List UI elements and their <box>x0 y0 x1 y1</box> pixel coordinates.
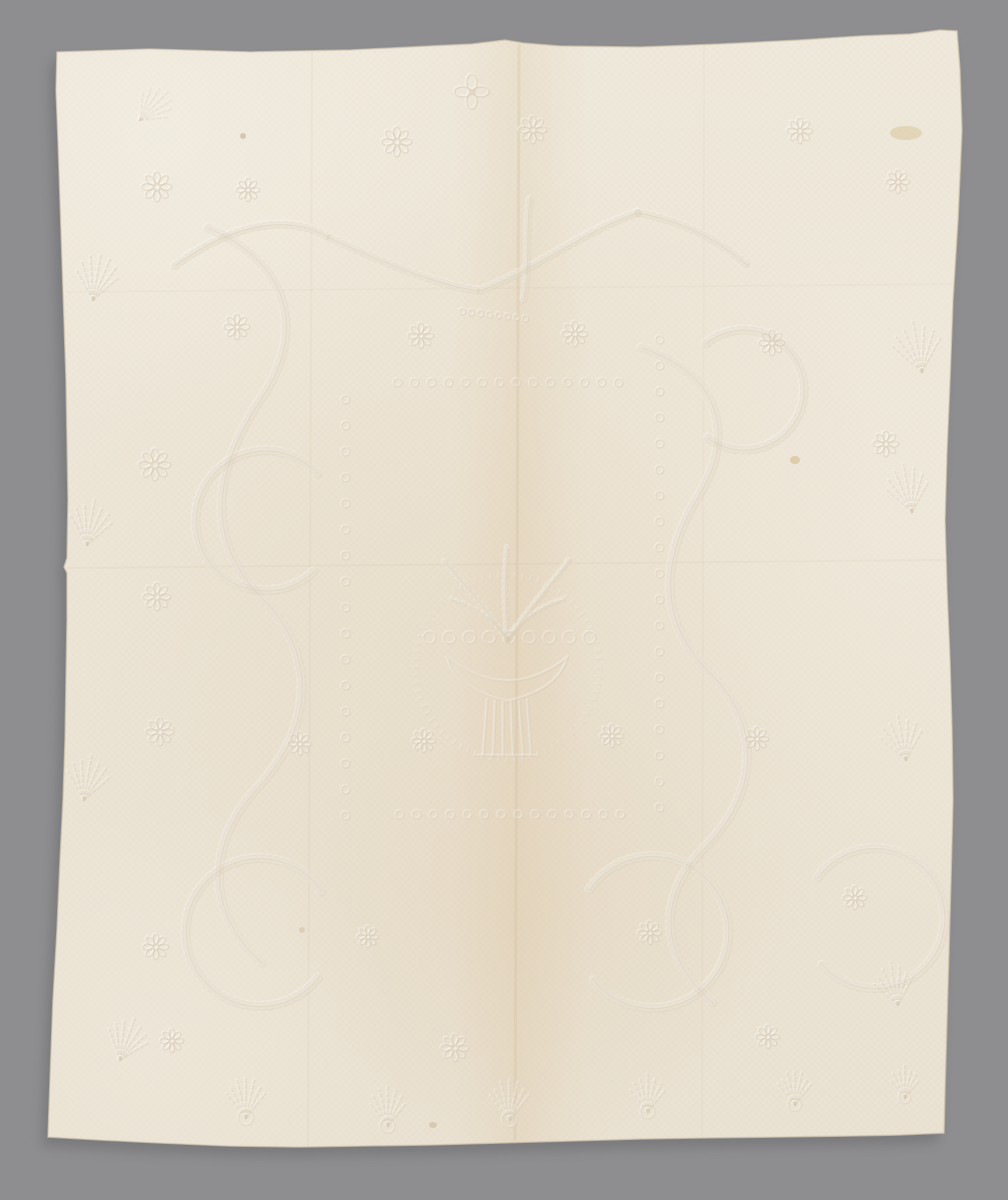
quilt-photograph <box>0 0 1008 1200</box>
quilt-surface <box>0 0 1008 1200</box>
photo-canvas <box>0 0 1008 1200</box>
